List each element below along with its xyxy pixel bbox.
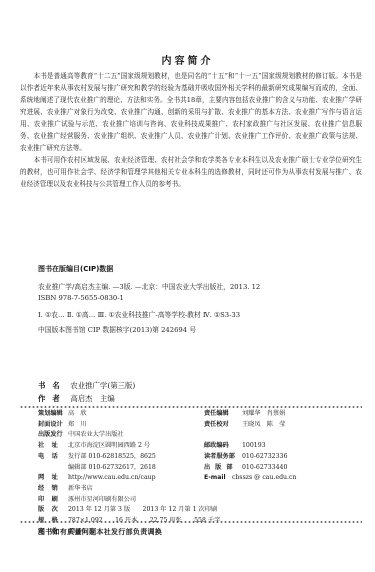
quality-notice: 图书如有质量问题本社发行部负责调换 (38, 527, 162, 537)
imprint-row: 责任校对王晓凤 陈 莹 (204, 420, 296, 431)
cip-classification: Ⅰ. ①农… Ⅱ. ①高… Ⅲ. ①农业科技推广-高等学校-教材 Ⅳ. ①S3-… (38, 309, 240, 319)
section-title: 内容简介 (0, 52, 375, 67)
cip-heading: 图书在版编目(CIP)数据 (38, 264, 113, 274)
imprint-right-column: 责任编辑刘耀华 肖蔡娟 责任校对王晓凤 陈 莹 邮政编码100193 读者服务部… (204, 409, 296, 484)
imprint-left-column: 策划编辑高 欣 封面设计郑 川 出版发行中国农业大学出版社 社址北京市海淀区圆明… (38, 409, 220, 537)
decorative-divider (20, 520, 362, 524)
book-author-label: 作者 (38, 393, 68, 404)
imprint-row: 社址北京市海淀区圆明园西路 2 号 (38, 441, 220, 452)
imprint-row: 版次2013 年 12 月第 3 版 2013 年 12 月第 1 次印刷 (38, 505, 220, 516)
imprint-row (204, 430, 296, 441)
imprint-row: 经销新华书店 (38, 484, 220, 495)
imprint-row: 出版发行中国农业大学出版社 (38, 430, 220, 441)
intro-paragraph: 本书可用作农村区域发展、农业经济管理、农村社会学和农学类各专业本科生以及农业推广… (20, 154, 362, 190)
cip-number: 中国版本图书馆 CIP 数据核字(2013)第 242694 号 (38, 324, 196, 334)
imprint-row: E-mailcbsszs @ cau.edu.cn (204, 473, 296, 484)
book-name-label: 书名 (38, 380, 68, 391)
cip-isbn: ISBN 978-7-5655-0830-1 (38, 294, 124, 302)
website-link[interactable]: http://www.cau.edu.cn/caup (68, 473, 156, 484)
book-name-row: 书名 农业推广学(第三版) (38, 380, 135, 391)
imprint-row: 印刷涿州市星河印刷有限公司 (38, 495, 220, 506)
email-link[interactable]: cbsszs @ cau.edu.cn (232, 473, 296, 484)
imprint-row: 出版部010-62733440 (204, 463, 296, 474)
imprint-row: 网址http://www.cau.edu.cn/caup (38, 473, 220, 484)
book-author-row: 作者 高启杰 主编 (38, 393, 115, 404)
imprint-row: 邮政编码100193 (204, 441, 296, 452)
book-name-value: 农业推广学(第三版) (70, 380, 135, 391)
imprint-row: 读者服务部010-62732336 (204, 452, 296, 463)
imprint-row: 封面设计郑 川 (38, 420, 220, 431)
imprint-row: 编辑部 010-62732617，2618 (38, 463, 220, 474)
intro-paragraph: 本书是普通高等教育“十二五”国家级规划教材，也是同名的“十五”和“十一五”国家级… (20, 70, 362, 154)
imprint-row: 电话发行部 010-62818525，8625 (38, 452, 220, 463)
book-author-value: 高启杰 主编 (70, 393, 114, 404)
cip-line: 农业推广学/高启杰主编. —3版. —北京：中国农业大学出版社，2013. 12 (38, 281, 260, 291)
intro-text: 本书是普通高等教育“十二五”国家级规划教材，也是同名的“十五”和“十一五”国家级… (20, 70, 362, 190)
imprint-row: 责任编辑刘耀华 肖蔡娟 (204, 409, 296, 420)
imprint-row: 策划编辑高 欣 (38, 409, 220, 420)
